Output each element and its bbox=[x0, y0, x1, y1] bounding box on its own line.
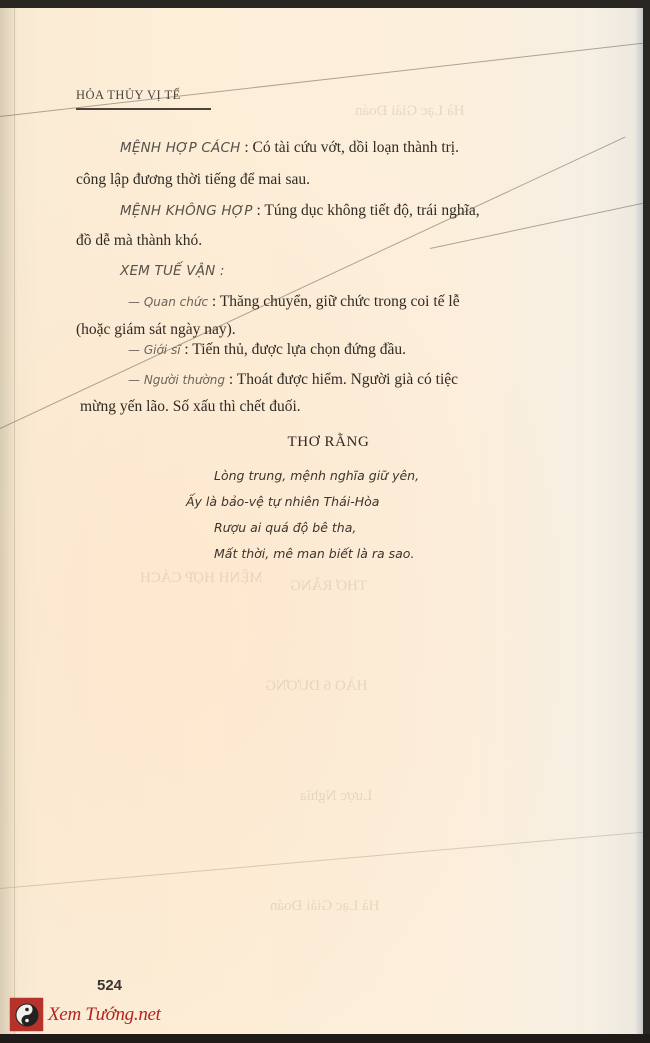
nguoi-thuong-text: : Thoát được hiểm. Người già có tiệc bbox=[229, 371, 458, 388]
watermark-text: Xem Tướng.net bbox=[48, 1004, 161, 1026]
page-number: 524 bbox=[97, 977, 122, 994]
poem-line: Lòng trung, mệnh nghĩa giữ yên, bbox=[214, 468, 419, 483]
quan-chuc-continuation: (hoặc giám sát ngày nay). bbox=[76, 321, 236, 339]
poem-line: Rượu ai quá độ bê tha, bbox=[214, 520, 356, 535]
bleed-through-text: Hà Lạc Giải Đoán bbox=[355, 103, 465, 120]
page-right-edge bbox=[635, 8, 643, 1034]
running-head-rule bbox=[76, 108, 211, 110]
bleed-through-text: MỆNH HỢP CÁCH bbox=[140, 570, 263, 587]
page-gutter-shadow bbox=[0, 8, 18, 1034]
paper-crease bbox=[0, 41, 643, 117]
menh-hop-cach-paragraph: MỆNH HỢP CÁCH : Có tài cứu vớt, dồi loạn… bbox=[120, 139, 459, 157]
xem-tue-van-label: XEM TUẾ VẬN : bbox=[120, 263, 225, 279]
menh-khong-hop-text: : Túng dục không tiết độ, trái nghĩa, bbox=[257, 202, 480, 219]
yin-yang-icon bbox=[10, 998, 43, 1031]
menh-hop-cach-text: : Có tài cứu vớt, dồi loạn thành trị. bbox=[244, 139, 459, 156]
bleed-through-text: THƠ RẰNG bbox=[290, 578, 367, 595]
poem-line: Ấy là bảo-vệ tự nhiên Thái-Hòa bbox=[186, 494, 379, 509]
gioi-si-label: — Giới sĩ bbox=[128, 343, 181, 357]
scanned-book-page: Hà Lạc Giải Đoán MỆNH HỢP CÁCH THƠ RẰNG … bbox=[0, 8, 643, 1034]
quan-chuc-label: — Quan chức bbox=[128, 295, 208, 309]
tue-van-item-quan-chuc: — Quan chức : Thăng chuyển, giữ chức tro… bbox=[128, 293, 460, 311]
menh-hop-cach-label: MỆNH HỢP CÁCH bbox=[120, 140, 240, 156]
menh-khong-hop-continuation: đồ dễ mà thành khó. bbox=[76, 232, 202, 250]
bleed-through-text: Lược Nghĩa bbox=[300, 788, 372, 805]
menh-hop-cach-continuation: công lập đương thời tiếng để mai sau. bbox=[76, 171, 310, 189]
tue-van-item-nguoi-thuong: — Người thường : Thoát được hiểm. Người … bbox=[128, 371, 458, 389]
gioi-si-text: : Tiến thủ, được lựa chọn đứng đầu. bbox=[184, 341, 406, 358]
tue-van-item-gioi-si: — Giới sĩ : Tiến thủ, được lựa chọn đứng… bbox=[128, 341, 406, 359]
xem-tue-van-heading: XEM TUẾ VẬN : bbox=[120, 262, 225, 280]
poem-line: Mất thời, mê man biết là ra sao. bbox=[214, 546, 414, 561]
menh-khong-hop-paragraph: MỆNH KHÔNG HỢP : Túng dục không tiết độ,… bbox=[120, 202, 480, 220]
quan-chuc-text: : Thăng chuyển, giữ chức trong coi tế lễ bbox=[212, 293, 460, 310]
site-watermark: Xem Tướng.net bbox=[10, 998, 161, 1031]
nguoi-thuong-label: — Người thường bbox=[128, 373, 225, 387]
menh-khong-hop-label: MỆNH KHÔNG HỢP bbox=[120, 203, 253, 219]
paper-crease bbox=[0, 830, 643, 889]
running-head: HỎA THỦY VỊ TẾ bbox=[76, 88, 181, 103]
scan-bottom-edge bbox=[0, 1034, 650, 1043]
page-fold-line bbox=[14, 8, 15, 1034]
bleed-through-text: Hà Lạc Giải Đoán bbox=[270, 898, 380, 915]
bleed-through-text: HÀO 6 DƯƠNG bbox=[265, 678, 367, 695]
nguoi-thuong-continuation: mừng yến lão. Số xấu thì chết đuối. bbox=[80, 398, 301, 416]
poem-title: THƠ RẰNG bbox=[0, 434, 643, 451]
